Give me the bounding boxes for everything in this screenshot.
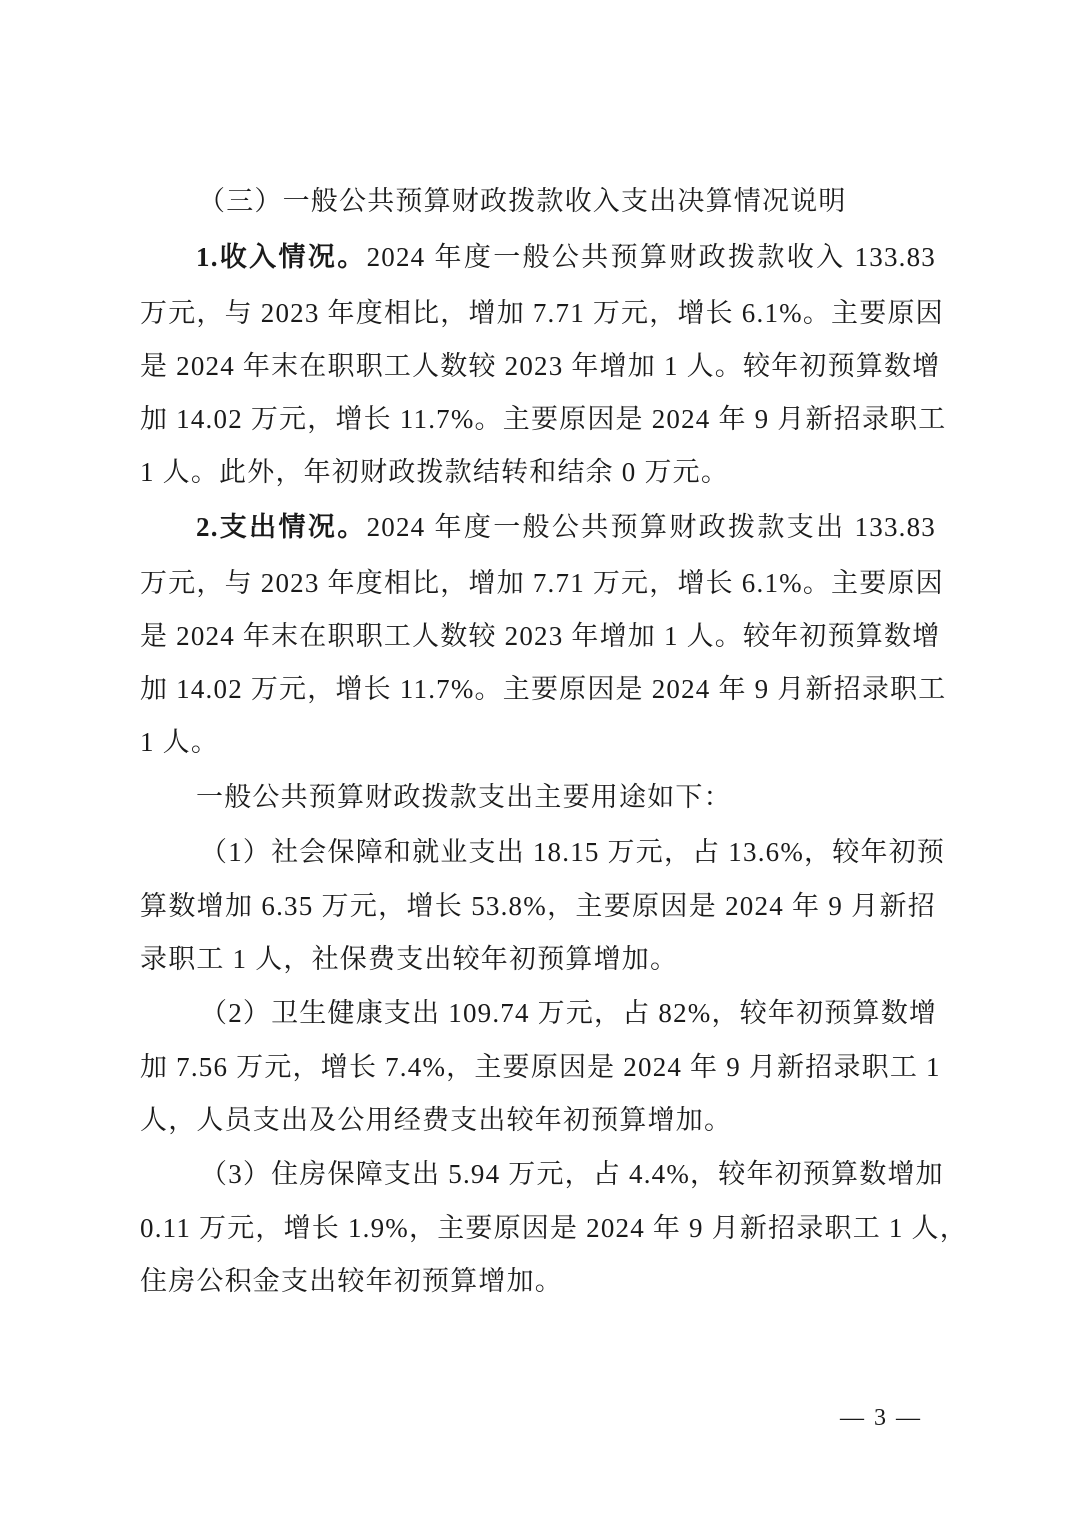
income-paragraph-line-1: 1.收入情况。2024 年度一般公共预算财政拨款收入 133.83 (196, 240, 936, 274)
uses-intro: 一般公共预算财政拨款支出主要用途如下： (196, 780, 992, 814)
item-2-line-3: 人，人员支出及公用经费支出较年初预算增加。 (140, 1103, 936, 1137)
item-2-line-2: 加 7.56 万元，增长 7.4%，主要原因是 2024 年 9 月新招录职工 … (140, 1050, 936, 1084)
income-paragraph-line-4: 加 14.02 万元，增长 11.7%。主要原因是 2024 年 9 月新招录职… (140, 402, 936, 436)
item-1-line-2: 算数增加 6.35 万元，增长 53.8%，主要原因是 2024 年 9 月新招 (140, 889, 936, 923)
expenditure-paragraph-line-3: 是 2024 年末在职职工人数较 2023 年增加 1 人。较年初预算数增 (140, 619, 936, 653)
document-page: （三）一般公共预算财政拨款收入支出决算情况说明 1.收入情况。2024 年度一般… (0, 0, 1075, 1520)
expenditure-paragraph-line-1: 2.支出情况。2024 年度一般公共预算财政拨款支出 133.83 (196, 510, 936, 544)
page-number: — 3 — (840, 1403, 922, 1433)
income-paragraph-line-2: 万元，与 2023 年度相比，增加 7.71 万元，增长 6.1%。主要原因 (140, 296, 936, 330)
expenditure-paragraph-line-4: 加 14.02 万元，增长 11.7%。主要原因是 2024 年 9 月新招录职… (140, 672, 936, 706)
expenditure-paragraph-line-5: 1 人。 (140, 725, 936, 759)
expenditure-text: 2024 年度一般公共预算财政拨款支出 133.83 (367, 512, 936, 542)
income-label: 1.收入情况。 (196, 242, 367, 272)
expenditure-label: 2.支出情况。 (196, 512, 367, 542)
item-3-line-3: 住房公积金支出较年初预算增加。 (140, 1264, 936, 1298)
section-heading: （三）一般公共预算财政拨款收入支出决算情况说明 (198, 184, 898, 218)
income-paragraph-line-3: 是 2024 年末在职职工人数较 2023 年增加 1 人。较年初预算数增 (140, 349, 936, 383)
item-3-line-1: （3）住房保障支出 5.94 万元，占 4.4%，较年初预算数增加 (200, 1157, 936, 1191)
item-3-line-2: 0.11 万元，增长 1.9%，主要原因是 2024 年 9 月新招录职工 1 … (140, 1211, 936, 1245)
income-paragraph-line-5: 1 人。此外，年初财政拨款结转和结余 0 万元。 (140, 455, 936, 489)
item-1-line-1: （1）社会保障和就业支出 18.15 万元，占 13.6%，较年初预 (200, 835, 936, 869)
income-text: 2024 年度一般公共预算财政拨款收入 133.83 (367, 242, 936, 272)
item-1-line-3: 录职工 1 人，社保费支出较年初预算增加。 (140, 942, 936, 976)
expenditure-paragraph-line-2: 万元，与 2023 年度相比，增加 7.71 万元，增长 6.1%。主要原因 (140, 566, 936, 600)
item-2-line-1: （2）卫生健康支出 109.74 万元，占 82%，较年初预算数增 (200, 996, 936, 1030)
